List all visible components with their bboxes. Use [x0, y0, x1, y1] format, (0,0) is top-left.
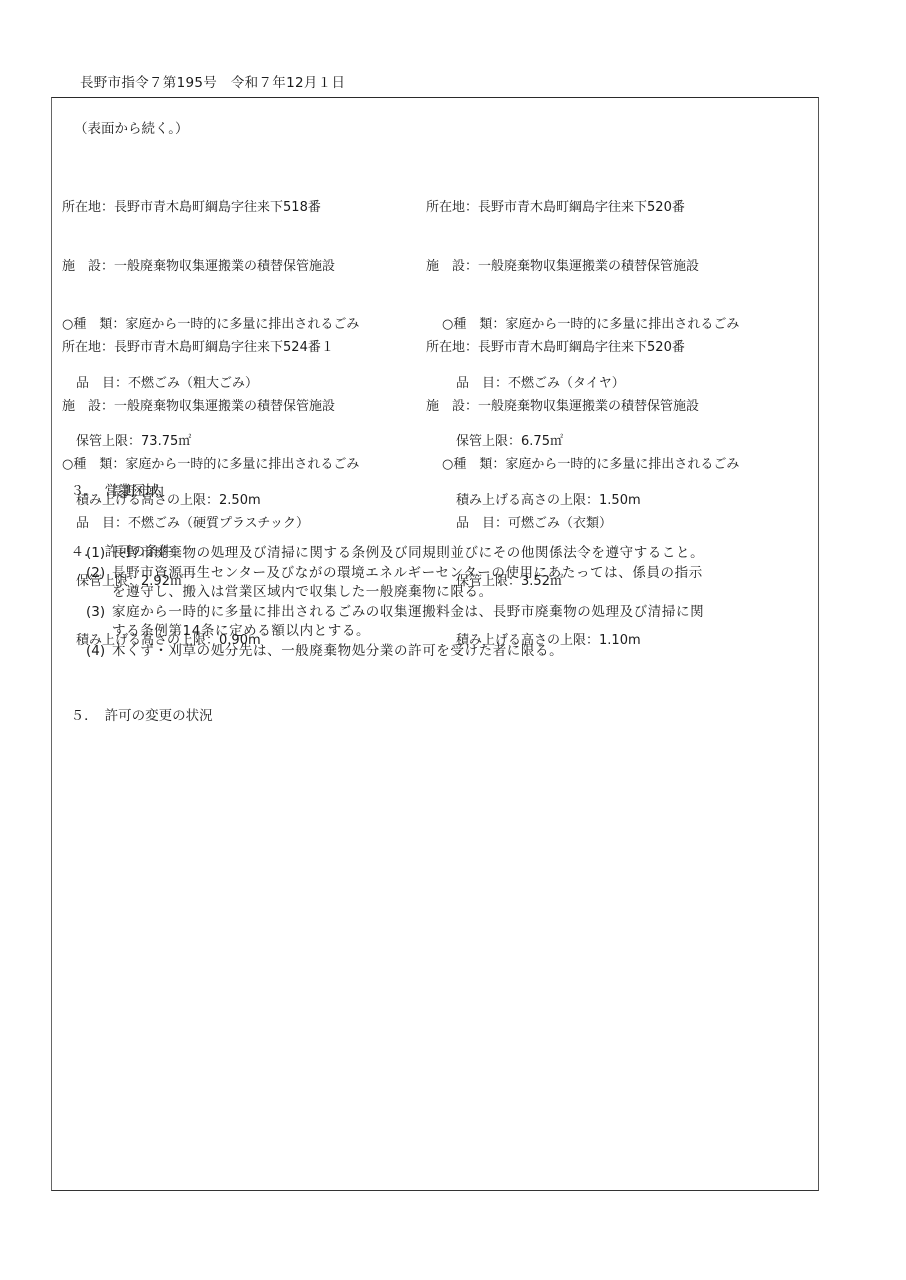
- facility-location: 長野市青木島町綱島字往来下518番: [114, 200, 321, 215]
- conditions-list: (1) 長野市廃棄物の処理及び清掃に関する条例及び同規則並びにその他関係法令を遵…: [86, 544, 816, 661]
- waste-item: 可燃ごみ（衣類）: [508, 516, 612, 531]
- facility-location: 長野市青木島町綱島字往来下520番: [478, 340, 685, 355]
- condition-text: 木くず・刈草の処分先は、一般廃棄物処分業の許可を受けた者に限る。: [112, 642, 816, 662]
- condition-text: 長野市廃棄物の処理及び清掃に関する条例及び同規則並びにその他関係法令を遵守するこ…: [112, 544, 816, 564]
- waste-item-row: 品 目：可燃ごみ（衣類）: [426, 514, 806, 534]
- facility-name: 一般廃棄物収集運搬業の積替保管施設: [114, 399, 335, 414]
- condition-item-2: (2) 長野市資源再生センター及びながの環境エネルギーセンターの使用にあたっては…: [86, 564, 816, 603]
- continued-note: （表面から続く。）: [74, 120, 188, 139]
- condition-text: 家庭から一時的に多量に排出されるごみの収集運搬料金は、長野市廃棄物の処理及び清掃…: [112, 603, 816, 642]
- section-number: ５．: [71, 707, 105, 726]
- facility-type-row: 施 設：一般廃棄物収集運搬業の積替保管施設: [426, 397, 806, 417]
- document-reference-header: 長野市指令７第195号 令和７年12月１日: [80, 74, 345, 93]
- condition-text: 長野市資源再生センター及びながの環境エネルギーセンターの使用にあたっては、係員の…: [112, 564, 816, 603]
- condition-item-3: (3) 家庭から一時的に多量に排出されるごみの収集運搬料金は、長野市廃棄物の処理…: [86, 603, 816, 642]
- facility-name: 一般廃棄物収集運搬業の積替保管施設: [478, 399, 699, 414]
- facility-location: 長野市青木島町綱島字往来下520番: [478, 200, 685, 215]
- waste-type: 家庭から一時的に多量に排出されるごみ: [125, 457, 359, 472]
- condition-item-4: (4) 木くず・刈草の処分先は、一般廃棄物処分業の許可を受けた者に限る。: [86, 642, 816, 662]
- section-changes-title: ５．許可の変更の状況: [62, 688, 213, 726]
- facility-location-row: 所在地：長野市青木島町綱島字往来下524番１: [62, 338, 442, 358]
- business-area-value: 長野市内: [110, 483, 164, 502]
- facility-type-row: 施 設：一般廃棄物収集運搬業の積替保管施設: [62, 257, 442, 277]
- facility-type-row: 施 設：一般廃棄物収集運搬業の積替保管施設: [426, 257, 806, 277]
- condition-label: (1): [86, 544, 112, 564]
- waste-type-row: ○種 類：家庭から一時的に多量に排出されるごみ: [442, 455, 806, 475]
- condition-label: (3): [86, 603, 112, 642]
- section-title-text: 許可の変更の状況: [105, 708, 213, 724]
- facility-location: 長野市青木島町綱島字往来下524番１: [114, 340, 334, 355]
- condition-label: (2): [86, 564, 112, 603]
- condition-item-1: (1) 長野市廃棄物の処理及び清掃に関する条例及び同規則並びにその他関係法令を遵…: [86, 544, 816, 564]
- facility-location-row: 所在地：長野市青木島町綱島字往来下520番: [426, 338, 806, 358]
- facility-name: 一般廃棄物収集運搬業の積替保管施設: [478, 259, 699, 274]
- section-number: ３．: [71, 482, 105, 501]
- facility-name: 一般廃棄物収集運搬業の積替保管施設: [114, 259, 335, 274]
- waste-type: 家庭から一時的に多量に排出されるごみ: [505, 457, 739, 472]
- facility-location-row: 所在地：長野市青木島町綱島字往来下518番: [62, 198, 442, 218]
- facility-type-row: 施 設：一般廃棄物収集運搬業の積替保管施設: [62, 397, 442, 417]
- condition-label: (4): [86, 642, 112, 662]
- facility-location-row: 所在地：長野市青木島町綱島字往来下520番: [426, 198, 806, 218]
